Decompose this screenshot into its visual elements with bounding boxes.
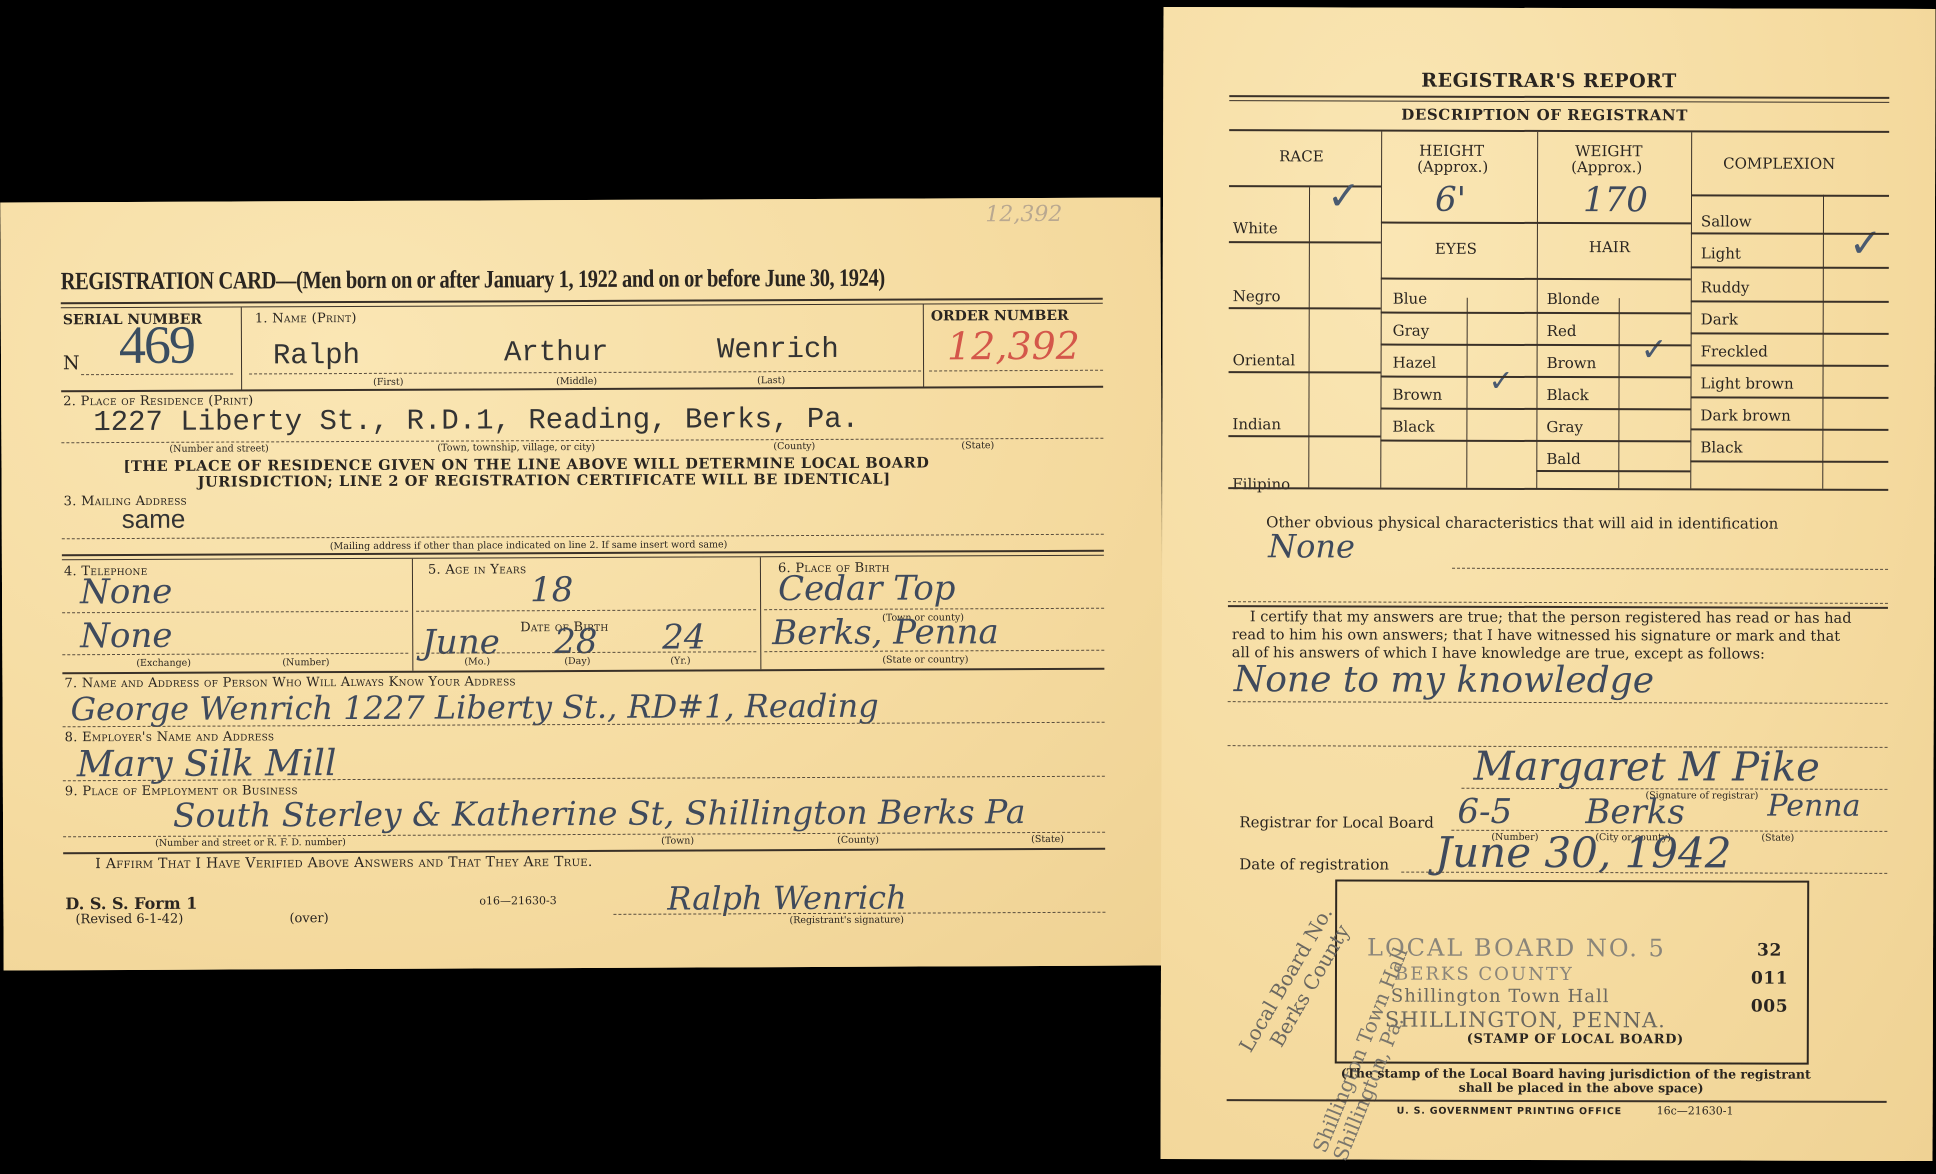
caption-county: (County) <box>837 835 879 846</box>
row-rule <box>62 668 1104 675</box>
eyes-header: EYES <box>1435 240 1477 258</box>
rule <box>1381 278 1691 281</box>
rule <box>1380 408 1690 411</box>
hair-brown: Brown <box>1547 354 1597 372</box>
rule <box>1228 435 1380 437</box>
other-characteristics-value: None <box>1268 527 1355 565</box>
complexion-dark: Dark <box>1701 310 1738 328</box>
registrar-signature: Margaret M Pike <box>1473 744 1819 791</box>
caption-exchange: (Exchange) <box>136 658 191 669</box>
col-sep <box>1822 195 1824 489</box>
caption-yr: (Yr.) <box>670 656 690 667</box>
stamp-line-3: Shillington Town Hall <box>1391 986 1610 1008</box>
race-header: RACE <box>1279 147 1324 165</box>
rule <box>1690 460 1888 463</box>
certification-value: None to my knowledge <box>1234 659 1654 701</box>
complexion-header: COMPLEXION <box>1723 154 1835 172</box>
order-line <box>929 370 1103 372</box>
col-sep <box>1308 187 1310 487</box>
height-value: 6' <box>1435 180 1466 220</box>
order-number-label: ORDER NUMBER <box>931 308 1069 325</box>
complexion-ruddy: Ruddy <box>1701 278 1750 296</box>
weight-sub: (Approx.) <box>1571 158 1642 176</box>
rule <box>1690 396 1888 399</box>
hair-brown-check: ✓ <box>1641 330 1668 368</box>
race-white-check: ✓ <box>1327 173 1361 219</box>
hair-bald: Bald <box>1546 450 1580 468</box>
caption-rfd: (Number and street or R. F. D. number) <box>155 837 346 849</box>
hair-black: Black <box>1546 386 1588 404</box>
hair-blonde: Blonde <box>1547 290 1600 308</box>
stamp-code-3: 005 <box>1751 997 1788 1017</box>
residence-value: 1227 Liberty St., R.D.1, Reading, Berks,… <box>93 403 859 439</box>
other-line-1 <box>1452 568 1888 570</box>
birthplace-line-1 <box>764 608 1104 610</box>
over-note: (over) <box>289 911 328 926</box>
local-board-county: Berks <box>1585 792 1685 832</box>
printer-credit: U. S. GOVERNMENT PRINTING OFFICE <box>1397 1106 1622 1118</box>
registrar-report-card: REGISTRAR'S REPORT DESCRIPTION OF REGIST… <box>1160 7 1935 1161</box>
local-board-number: 6-5 <box>1457 792 1512 832</box>
complexion-black: Black <box>1700 438 1742 456</box>
rule <box>1691 300 1889 303</box>
rule <box>1380 440 1690 443</box>
corner-order-note: 12,392 <box>985 202 1062 227</box>
signature-caption: (Registrant's signature) <box>789 915 904 926</box>
caption-state-country: (State or country) <box>882 654 968 665</box>
race-white: White <box>1233 219 1278 237</box>
hair-red: Red <box>1547 322 1577 340</box>
complexion-sallow: Sallow <box>1701 212 1752 230</box>
race-filipino: Filipino <box>1232 475 1290 493</box>
hair-gray: Gray <box>1546 418 1583 436</box>
certification-line-2: read to him his own answers; that I have… <box>1232 627 1840 645</box>
eyes-blue: Blue <box>1393 290 1427 308</box>
caption-last: (Last) <box>757 375 785 386</box>
caption-state: (State) <box>961 440 994 451</box>
rule <box>1381 312 1691 315</box>
print-code: o16—21630-3 <box>479 894 556 907</box>
caption-street: (Number and street) <box>169 443 268 454</box>
registration-card: 12,392 REGISTRATION CARD—(Men born on or… <box>0 197 1163 970</box>
divider <box>412 559 413 671</box>
age-label: 5. Age in Years <box>428 562 527 577</box>
print-code: 16c—21630-1 <box>1657 1104 1734 1117</box>
stamp-code-1: 32 <box>1757 941 1782 961</box>
table-bottom-rule <box>1228 487 1888 491</box>
rule <box>1229 241 1381 243</box>
name-middle: Arthur <box>504 336 609 369</box>
local-board-state: Penna <box>1767 789 1860 824</box>
telephone-line-1 <box>62 611 408 614</box>
table-top-rule <box>1229 129 1889 133</box>
caption-county: (County) <box>773 441 815 452</box>
form-revised: (Revised 6-1-42) <box>75 912 183 927</box>
other-line-2 <box>1228 601 1888 604</box>
eyes-brown-check: ✓ <box>1488 364 1513 399</box>
race-indian: Indian <box>1232 415 1281 433</box>
complexion-dark-brown: Dark brown <box>1700 406 1790 424</box>
divider <box>760 557 761 669</box>
divider <box>241 307 242 389</box>
certification-line-1: I certify that my answers are true; that… <box>1250 609 1852 627</box>
rule <box>1691 232 1889 235</box>
contact-value: George Wenrich 1227 Liberty St., RD#1, R… <box>70 687 878 729</box>
telephone-value-1: None <box>80 572 172 612</box>
row-rule <box>62 550 1104 561</box>
col-sep <box>1690 132 1692 488</box>
rule <box>1691 194 1889 197</box>
complexion-light: Light <box>1701 244 1741 262</box>
stamp-instruction-2: shall be placed in the above space) <box>1459 1080 1704 1096</box>
telephone-value-2: None <box>80 616 172 656</box>
cert-line-1 <box>1228 701 1888 704</box>
stamp-line-4: SHILLINGTON, PENNA. <box>1385 1008 1666 1033</box>
rule <box>1229 371 1381 373</box>
birthplace-town: Cedar Top <box>778 568 956 609</box>
employment-value: South Sterley & Katherine St, Shillingto… <box>173 792 1026 835</box>
stamp-caption: (STAMP OF LOCAL BOARD) <box>1467 1032 1684 1048</box>
height-sub: (Approx.) <box>1417 158 1488 176</box>
mailing-caption: (Mailing address if other than place ind… <box>330 539 728 552</box>
name-label: 1. Name (Print) <box>255 311 357 326</box>
residence-notice-2: JURISDICTION; LINE 2 OF REGISTRATION CER… <box>198 471 891 491</box>
diagonal-stamp-local-board: Local Board No. Berks County <box>1169 795 1293 961</box>
date-of-registration-value: June 30, 1942 <box>1435 828 1731 878</box>
mailing-line <box>62 534 1104 540</box>
mailing-value: same <box>122 504 186 535</box>
rule <box>1691 364 1889 367</box>
caption-mo: (Mo.) <box>464 656 490 667</box>
eyes-hazel: Hazel <box>1393 354 1437 372</box>
weight-value: 170 <box>1583 180 1648 220</box>
rule <box>1691 332 1889 335</box>
report-subtitle: DESCRIPTION OF REGISTRANT <box>1401 106 1688 125</box>
title-rule <box>61 298 1103 309</box>
race-negro: Negro <box>1233 287 1281 305</box>
caption-day: (Day) <box>564 656 590 667</box>
caption-state: (State) <box>1761 833 1794 844</box>
name-first: Ralph <box>273 339 360 372</box>
age-line <box>416 609 756 611</box>
eyes-brown: Brown <box>1392 386 1442 404</box>
rule <box>1381 222 1691 225</box>
order-number-value: 12,392 <box>947 324 1080 369</box>
caption-first: (First) <box>373 377 403 388</box>
age-value: 18 <box>530 570 573 610</box>
col-sep <box>1466 298 1467 488</box>
caption-middle: (Middle) <box>556 376 597 387</box>
caption-state: (State) <box>1031 834 1064 845</box>
col-sep <box>1536 132 1538 488</box>
complexion-light-check: ✓ <box>1849 221 1883 267</box>
rule <box>1381 344 1691 347</box>
caption-number: (Number) <box>282 657 329 668</box>
eyes-gray: Gray <box>1393 322 1430 340</box>
birthplace-state: Berks, Penna <box>772 612 999 653</box>
serial-number-value: 469 <box>119 314 194 376</box>
col-sep <box>1618 298 1619 488</box>
stamp-code-2: 011 <box>1751 969 1788 989</box>
form-id: D. S. S. Form 1 <box>65 894 197 914</box>
title-rule <box>1229 95 1889 103</box>
serial-prefix: N <box>63 352 80 374</box>
name-last: Wenrich <box>717 333 839 367</box>
rule <box>1381 376 1691 379</box>
rule <box>1690 428 1888 431</box>
complexion-light-brown: Light brown <box>1701 374 1794 392</box>
rule <box>1229 307 1381 309</box>
rule <box>1691 266 1889 269</box>
hair-header: HAIR <box>1589 238 1630 256</box>
affirmation: I Affirm That I Have Verified Above Answ… <box>95 854 592 872</box>
race-oriental: Oriental <box>1233 351 1296 369</box>
eyes-black: Black <box>1392 418 1434 436</box>
caption-town: (Town, township, village, or city) <box>437 442 595 454</box>
divider <box>923 305 924 387</box>
telephone-line-2 <box>62 653 408 656</box>
rule <box>1228 605 1888 609</box>
complexion-freckled: Freckled <box>1701 342 1768 360</box>
caption-town: (Town) <box>661 836 694 847</box>
card-title: REGISTRATION CARD—(Men born on or after … <box>61 265 885 297</box>
rule <box>1536 470 1690 472</box>
report-title: REGISTRAR'S REPORT <box>1421 70 1676 93</box>
